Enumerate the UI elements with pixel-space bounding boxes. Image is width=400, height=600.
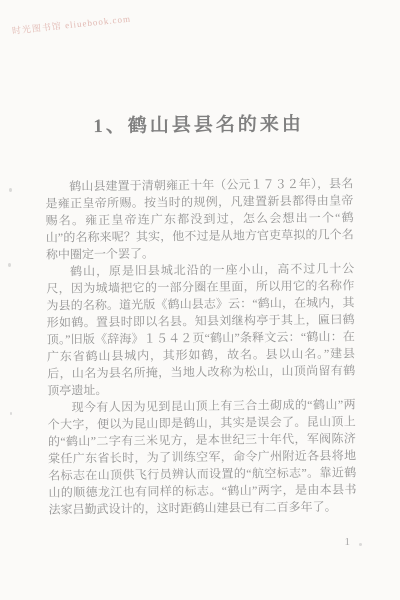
paragraph-3: 现今有人因为见到昆山顶上有三合土砌成的“鹤山”两个大字，便以为昆山即是鹤山，其实… [47,396,356,518]
scan-speck [359,543,362,546]
paragraph-2: 鹤山，原是旧县城北沿的一座小山，高不过几十公尺，因为城墙把它的一部分圈在里面，所… [46,260,355,399]
page-number: 1 [345,536,351,548]
scanned-book-page: 时光图书馆 eliuebook.com 1、鹤山县县名的来由 鹤山县建置于清朝雍… [0,0,400,600]
page-content: 1、鹤山县县名的来由 鹤山县建置于清朝雍正十年（公元１７３２年），县名是雍正皇帝… [0,0,400,519]
body-text: 鹤山县建置于清朝雍正十年（公元１７３２年），县名是雍正皇帝所赐。按当时的规例，凡… [45,175,357,518]
paragraph-1: 鹤山县建置于清朝雍正十年（公元１７３２年），县名是雍正皇帝所赐。按当时的规例，凡… [45,175,354,263]
chapter-title: 1、鹤山县县名的来由 [0,108,399,139]
